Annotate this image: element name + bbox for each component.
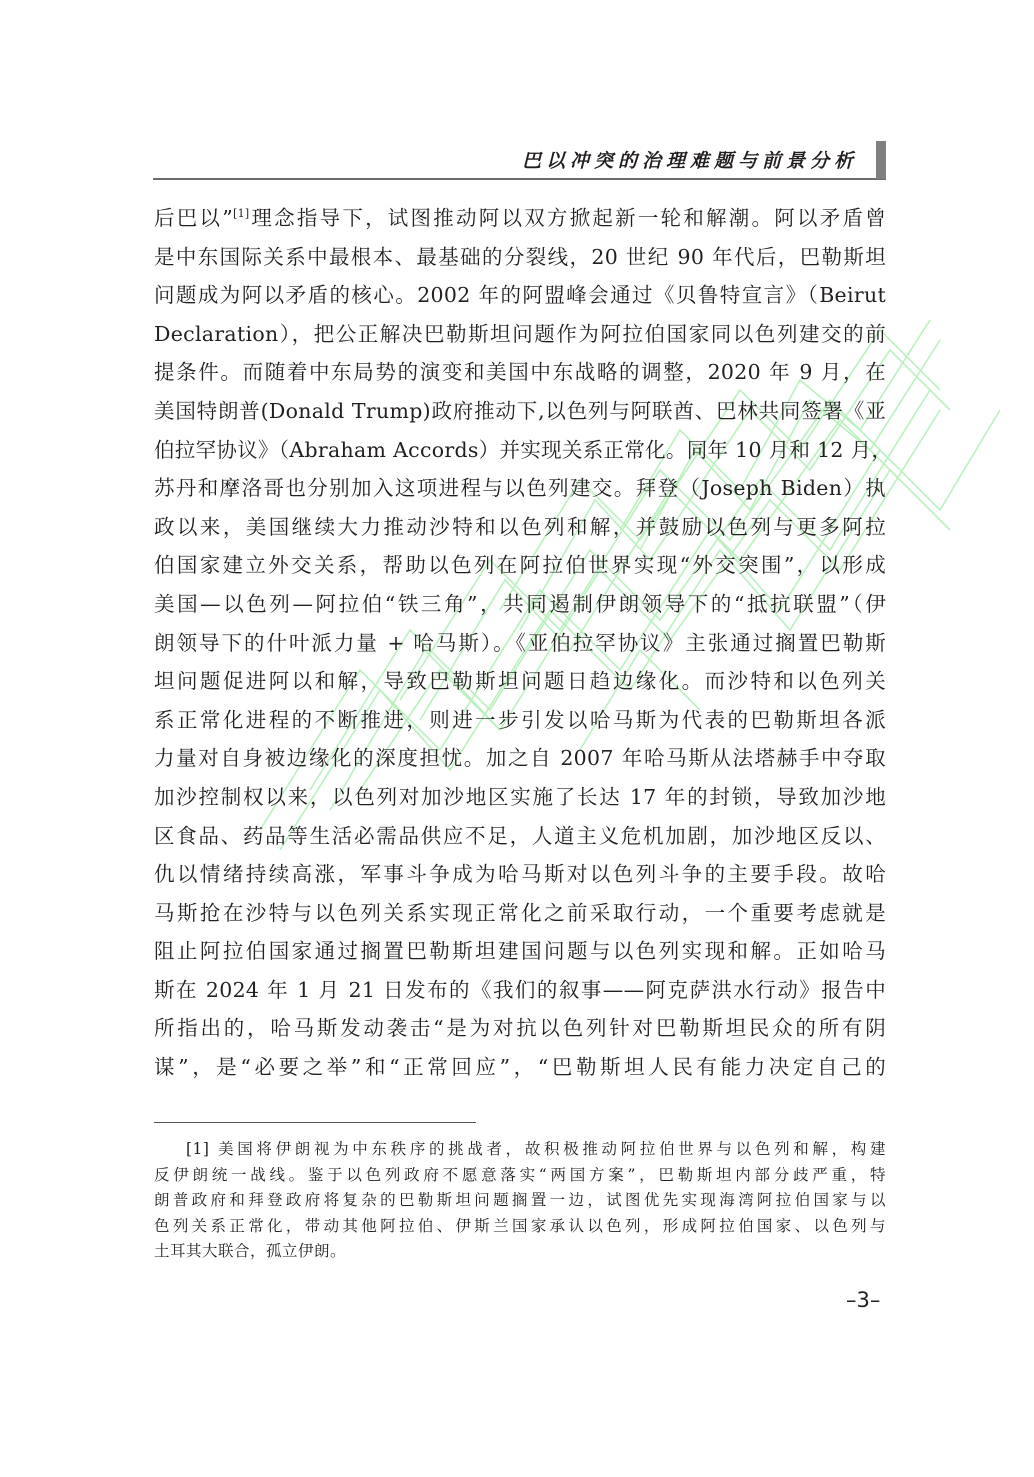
body-line: 苏丹和摩洛哥也分别加入这项进程与以色列建交。拜登（Joseph Biden）执 [154, 469, 886, 508]
body-line: 伯国家建立外交关系，帮助以色列在阿拉伯世界实现“外交突围”，以形成 [154, 546, 886, 585]
body-line: 政以来，美国继续大力推动沙特和以色列和解，并鼓励以色列与更多阿拉 [154, 508, 886, 547]
footnote-divider [154, 1122, 476, 1123]
body-line: Declaration），把公正解决巴勒斯坦问题作为阿拉伯国家同以色列建交的前 [154, 315, 886, 354]
footnote-marker: [1] [186, 1140, 209, 1158]
footnote-line: 色列关系正常化，带动其他阿拉伯、伊斯兰国家承认以色列，形成阿拉伯国家、以色列与 [154, 1214, 886, 1240]
body-line: 朗领导下的什叶派力量 + 哈马斯）。《亚伯拉罕协议》主张通过搁置巴勒斯 [154, 624, 886, 663]
body-line: 系正常化进程的不断推进，则进一步引发以哈马斯为代表的巴勒斯坦各派 [154, 701, 886, 740]
footnote: [1] 美国将伊朗视为中东秩序的挑战者，故积极推动阿拉伯世界与以色列和解，构建 … [154, 1137, 886, 1265]
body-line: 阻止阿拉伯国家通过搁置巴勒斯坦建国问题与以色列实现和解。正如哈马 [154, 932, 886, 971]
header-marker-bar [876, 141, 886, 179]
body-line: 区食品、药品等生活必需品供应不足，人道主义危机加剧，加沙地区反以、 [154, 817, 886, 856]
footnote-line: 朗普政府和拜登政府将复杂的巴勒斯坦问题搁置一边，试图优先实现海湾阿拉伯国家与以 [154, 1188, 886, 1214]
body-line: 马斯抢在沙特与以色列关系实现正常化之前采取行动，一个重要考虑就是 [154, 894, 886, 933]
body-line: 后巴以”[1]理念指导下，试图推动阿以双方掀起新一轮和解潮。阿以矛盾曾 [154, 199, 886, 238]
body-line-text: 理念指导下，试图推动阿以双方掀起新一轮和解潮。阿以矛盾曾 [249, 206, 886, 230]
body-line: 伯拉罕协议》（Abraham Accords）并实现关系正常化。同年 10 月和… [154, 431, 886, 470]
footnote-line-text: 美国将伊朗视为中东秩序的挑战者，故积极推动阿拉伯世界与以色列和解，构建 [218, 1140, 886, 1158]
body-line-text: 后巴以” [154, 206, 233, 230]
body-line: 是中东国际关系中最根本、最基础的分裂线，20 世纪 90 年代后，巴勒斯坦 [154, 238, 886, 277]
running-header-title: 巴以冲突的治理难题与前景分析 [522, 146, 858, 173]
body-line: 谋”，是“必要之举”和“正常回应”，“巴勒斯坦人民有能力决定自己的 [154, 1048, 886, 1087]
footnote-line: [1] 美国将伊朗视为中东秩序的挑战者，故积极推动阿拉伯世界与以色列和解，构建 [154, 1137, 886, 1163]
running-header: 巴以冲突的治理难题与前景分析 [153, 140, 886, 180]
page-number: –3– [846, 1288, 880, 1312]
body-line: 坦问题促进阿以和解，导致巴勒斯坦问题日趋边缘化。而沙特和以色列关 [154, 662, 886, 701]
body-line: 所指出的，哈马斯发动袭击“是为对抗以色列针对巴勒斯坦民众的所有阴 [154, 1009, 886, 1048]
body-line: 力量对自身被边缘化的深度担忧。加之自 2007 年哈马斯从法塔赫手中夺取 [154, 739, 886, 778]
body-line: 美国—以色列—阿拉伯“铁三角”，共同遏制伊朗领导下的“抵抗联盟”（伊 [154, 585, 886, 624]
body-line: 问题成为阿以矛盾的核心。2002 年的阿盟峰会通过《贝鲁特宣言》（Beirut [154, 276, 886, 315]
body-line: 仇以情绪持续高涨，军事斗争成为哈马斯对以色列斗争的主要手段。故哈 [154, 855, 886, 894]
body-line: 加沙控制权以来，以色列对加沙地区实施了长达 17 年的封锁，导致加沙地 [154, 778, 886, 817]
body-line: 美国特朗普(Donald Trump)政府推动下,以色列与阿联酋、巴林共同签署《… [154, 392, 886, 431]
body-line: 斯在 2024 年 1 月 21 日发布的《我们的叙事——阿克萨洪水行动》报告中 [154, 971, 886, 1010]
body-line: 提条件。而随着中东局势的演变和美国中东战略的调整，2020 年 9 月，在 [154, 353, 886, 392]
footnote-line: 土耳其大联合，孤立伊朗。 [154, 1239, 886, 1265]
footnote-line: 反伊朗统一战线。鉴于以色列政府不愿意落实“两国方案”，巴勒斯坦内部分歧严重，特 [154, 1163, 886, 1189]
body-paragraph: 后巴以”[1]理念指导下，试图推动阿以双方掀起新一轮和解潮。阿以矛盾曾 是中东国… [154, 199, 886, 1087]
footnote-reference[interactable]: [1] [233, 207, 249, 220]
